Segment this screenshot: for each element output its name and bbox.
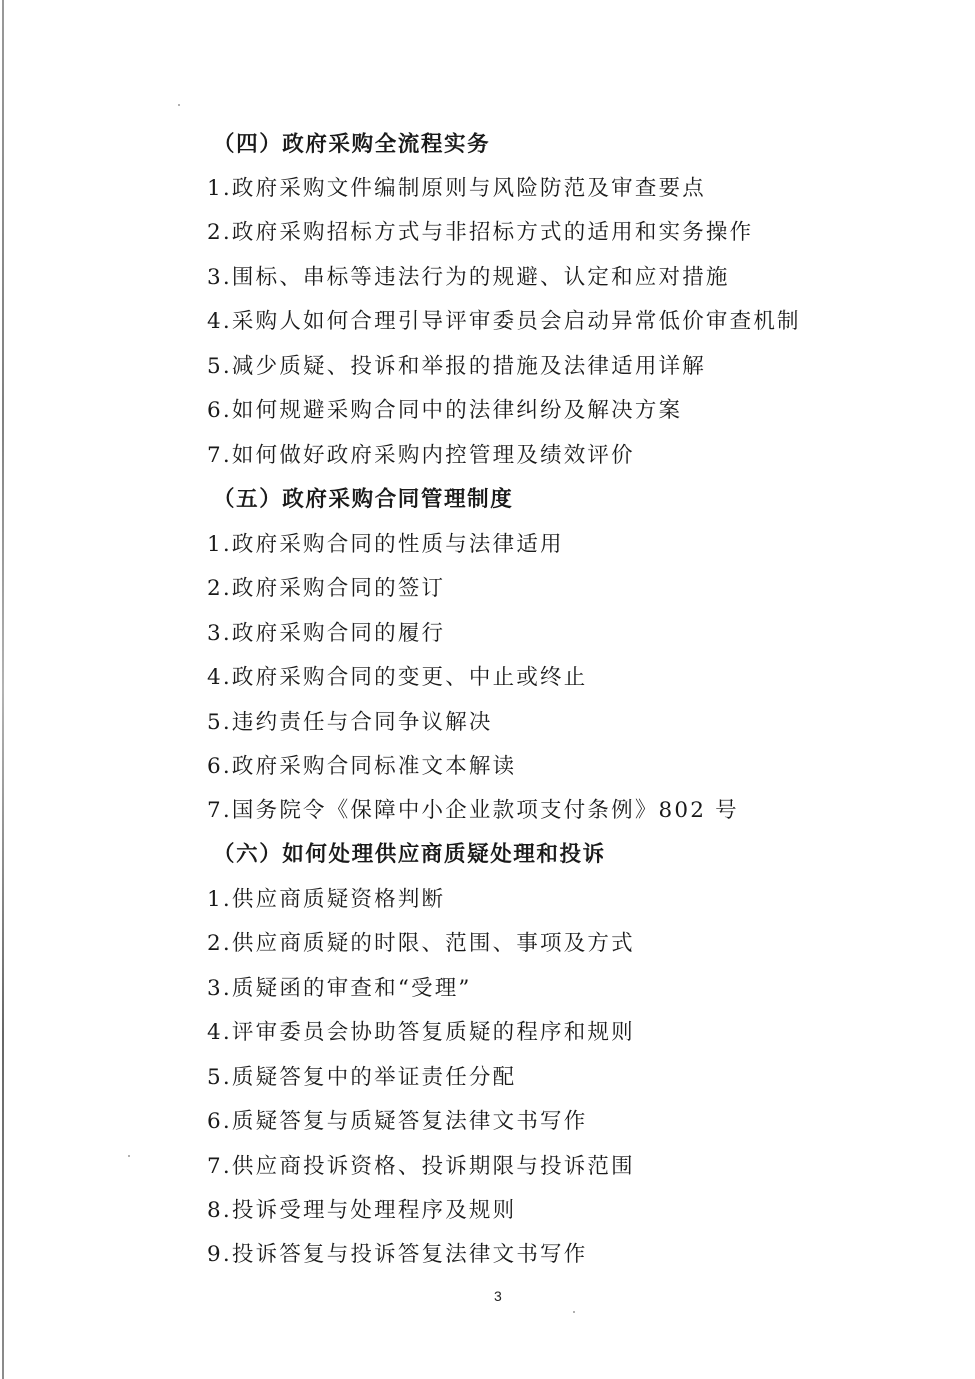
list-item: 2.政府采购招标方式与非招标方式的适用和实务操作 [207, 218, 753, 248]
list-item: 5.质疑答复中的举证责任分配 [207, 1063, 516, 1093]
list-item: 6.如何规避采购合同中的法律纠纷及解决方案 [207, 396, 682, 426]
list-item: 7.供应商投诉资格、投诉期限与投诉范围 [207, 1152, 635, 1182]
page-number: 3 [494, 1288, 502, 1304]
list-item: 7.国务院令《保障中小企业款项支付条例》802 号 [207, 796, 739, 826]
list-item: 5.违约责任与合同争议解决 [207, 708, 493, 738]
list-item: 1.政府采购合同的性质与法律适用 [207, 530, 564, 560]
section-heading-6: （六）如何处理供应商质疑处理和投诉 [213, 840, 606, 870]
list-item: 5.减少质疑、投诉和举报的措施及法律适用详解 [207, 352, 706, 382]
list-item: 2.供应商质疑的时限、范围、事项及方式 [207, 929, 635, 959]
list-item: 3.质疑函的审查和“受理” [207, 974, 472, 1004]
section-heading-4: （四）政府采购全流程实务 [213, 130, 490, 160]
list-item: 4.评审委员会协助答复质疑的程序和规则 [207, 1018, 635, 1048]
list-item: 3.围标、串标等违法行为的规避、认定和应对措施 [207, 263, 730, 293]
list-item: 1.供应商质疑资格判断 [207, 885, 445, 915]
list-item: 9.投诉答复与投诉答复法律文书写作 [207, 1240, 587, 1270]
list-item: 8.投诉受理与处理程序及规则 [207, 1196, 516, 1226]
list-item: 3.政府采购合同的履行 [207, 619, 445, 649]
section-heading-5: （五）政府采购合同管理制度 [213, 485, 513, 515]
list-item: 1.政府采购文件编制原则与风险防范及审查要点 [207, 174, 706, 204]
document-page: （四）政府采购全流程实务 1.政府采购文件编制原则与风险防范及审查要点 2.政府… [0, 0, 975, 1379]
list-item: 6.质疑答复与质疑答复法律文书写作 [207, 1107, 587, 1137]
list-item: 4.采购人如何合理引导评审委员会启动异常低价审查机制 [207, 307, 801, 337]
list-item: 6.政府采购合同标准文本解读 [207, 752, 516, 782]
list-item: 4.政府采购合同的变更、中止或终止 [207, 663, 587, 693]
list-item: 2.政府采购合同的签订 [207, 574, 445, 604]
list-item: 7.如何做好政府采购内控管理及绩效评价 [207, 441, 635, 471]
